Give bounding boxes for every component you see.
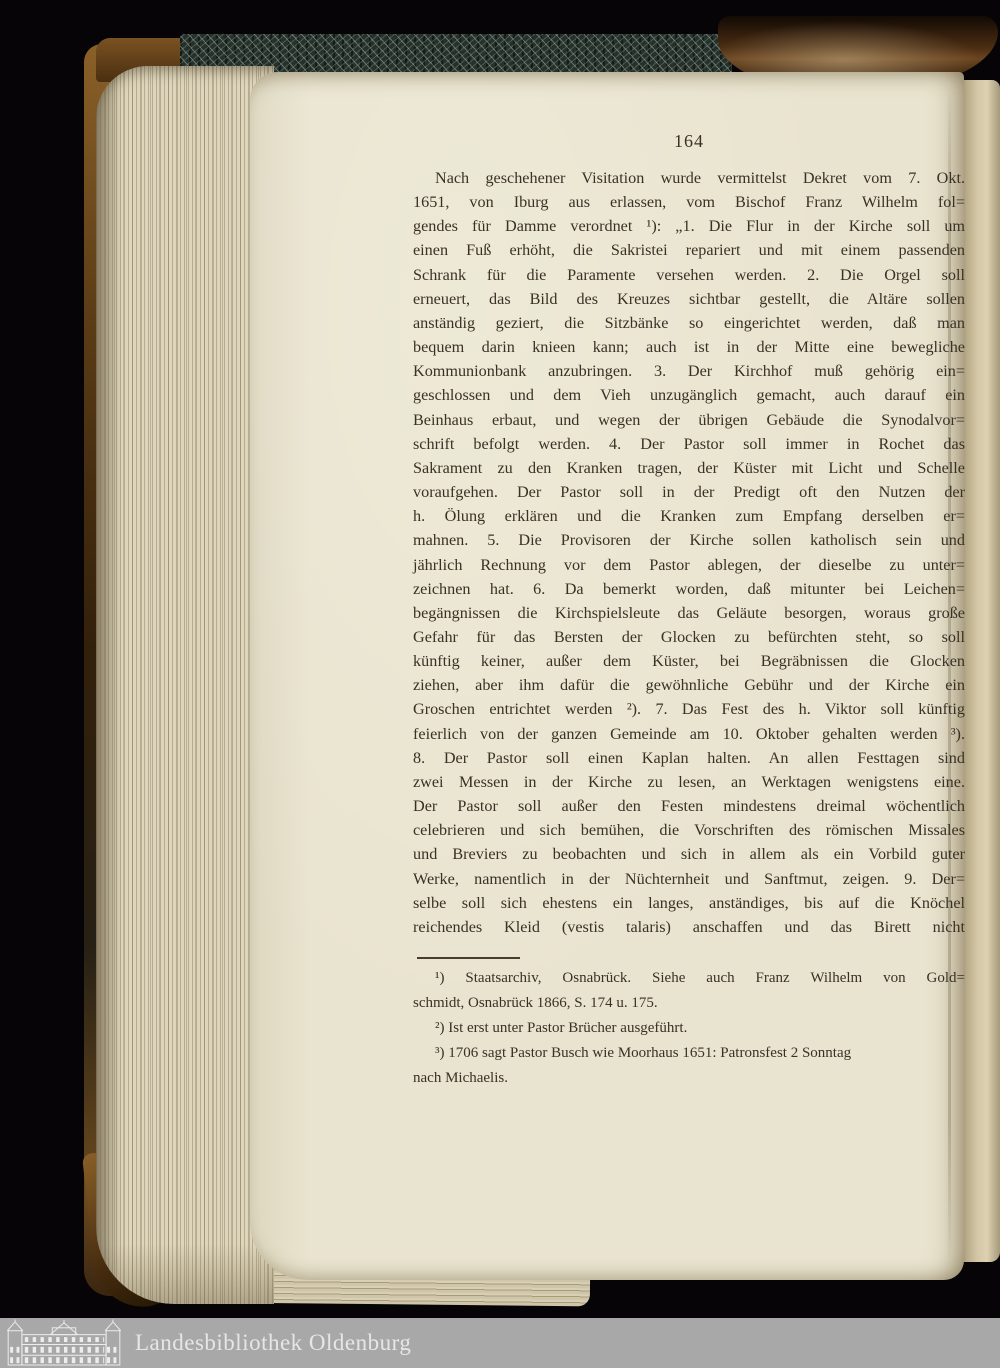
text-line: bequem darin knieen kann; auch ist in de… <box>413 335 965 359</box>
text-line: Nach geschehener Visitation wurde vermit… <box>413 166 965 190</box>
text-line: Beinhaus erbaut, und wegen der übrigen G… <box>413 408 965 432</box>
text-line: voraufgehen. Der Pastor soll in der Pred… <box>413 480 965 504</box>
text-line: Groschen entrichtet werden ²). 7. Das Fe… <box>413 697 965 721</box>
text-line: und Breviers zu beobachten und sich in a… <box>413 842 965 866</box>
footnotes: ¹) Staatsarchiv, Osnabrück. Siehe auch F… <box>413 966 965 1091</box>
text-line: Der Pastor soll außer den Festen mindest… <box>413 794 965 818</box>
footnote-line: ¹) Staatsarchiv, Osnabrück. Siehe auch F… <box>413 966 965 991</box>
library-name: Landesbibliothek Oldenburg <box>135 1318 411 1368</box>
footnote-rule <box>417 957 520 959</box>
text-line: reichendes Kleid (vestis talaris) anscha… <box>413 915 965 939</box>
text-line: 8. Der Pastor soll einen Kaplan halten. … <box>413 746 965 770</box>
text-line: Werke, namentlich in der Nüchternheit un… <box>413 867 965 891</box>
page-number: 164 <box>413 131 965 152</box>
text-line: celebrieren und sich bemühen, die Vorsch… <box>413 818 965 842</box>
text-line: anständig geziert, die Sitzbänke so eing… <box>413 311 965 335</box>
footnote-line: schmidt, Osnabrück 1866, S. 174 u. 175. <box>413 991 965 1016</box>
text-line: jährlich Rechnung vor dem Pastor ablegen… <box>413 553 965 577</box>
text-line: künftig keiner, außer dem Küster, bei Be… <box>413 649 965 673</box>
fore-edge-pages <box>96 66 274 1304</box>
text-line: Schrank für die Paramente versehen werde… <box>413 263 965 287</box>
text-line: 1651, von Iburg aus erlassen, vom Bischo… <box>413 190 965 214</box>
text-line: geschlossen und dem Vieh unzugänglich ge… <box>413 383 965 407</box>
footnote-line: ³) 1706 sagt Pastor Busch wie Moorhaus 1… <box>413 1041 965 1066</box>
library-building-icon <box>5 1319 123 1366</box>
footnote-line: ²) Ist erst unter Pastor Brücher ausgefü… <box>413 1016 965 1041</box>
text-line: schrift befolgt werden. 4. Der Pastor so… <box>413 432 965 456</box>
text-line: zeichnen hat. 6. Da bemerkt worden, daß … <box>413 577 965 601</box>
text-line: ziehen, aber ihm dafür die gewöhnliche G… <box>413 673 965 697</box>
text-line: feierlich von der ganzen Gemeinde am 10.… <box>413 722 965 746</box>
text-line: gendes für Damme verordnet ¹): „1. Die F… <box>413 214 965 238</box>
text-line: erneuert, das Bild des Kreuzes sichtbar … <box>413 287 965 311</box>
text-line: Kommunionbank anzubringen. 3. Der Kirchh… <box>413 359 965 383</box>
text-line: h. Ölung erklären und die Kranken zum Em… <box>413 504 965 528</box>
text-line: mahnen. 5. Die Provisoren der Kirche sol… <box>413 528 965 552</box>
text-line: Gefahr für das Bersten der Glocken zu be… <box>413 625 965 649</box>
book-scan: 164 Nach geschehener Visitation wurde ve… <box>0 0 1000 1368</box>
footnote-line: nach Michaelis. <box>413 1066 965 1091</box>
text-line: selbe soll sich ehestens ein langes, ans… <box>413 891 965 915</box>
body-text: Nach geschehener Visitation wurde vermit… <box>413 166 965 939</box>
text-line: begängnissen die Kirchspielsleute das Ge… <box>413 601 965 625</box>
text-line: zwei Messen in der Kirche zu lesen, an W… <box>413 770 965 794</box>
text-line: einen Fuß erhöht, die Sakristei reparier… <box>413 238 965 262</box>
text-line: Sakrament zu den Kranken tragen, der Küs… <box>413 456 965 480</box>
